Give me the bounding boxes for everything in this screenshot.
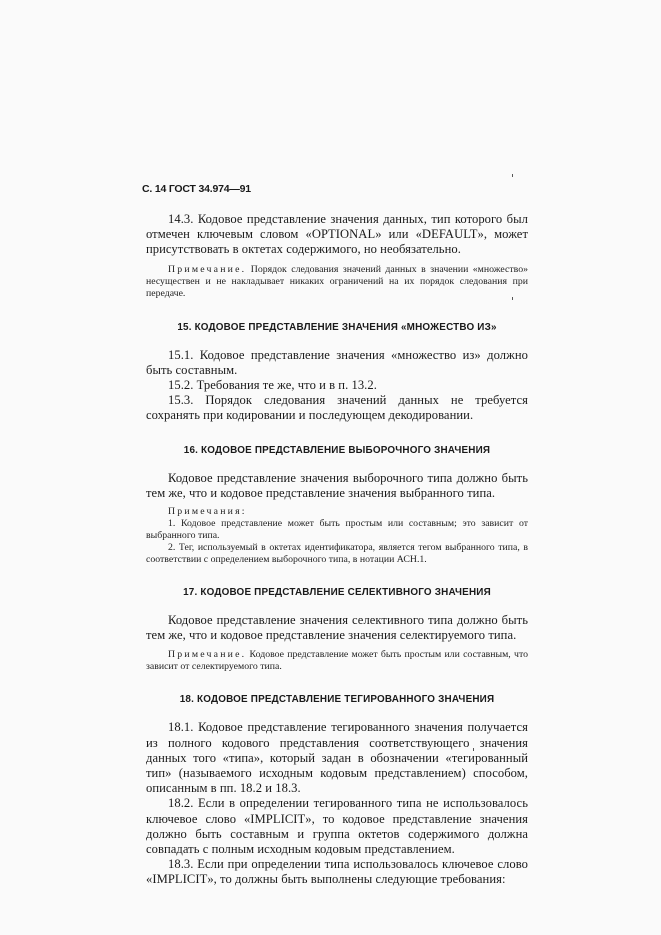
paragraph-14-3: 14.3. Кодовое представление значения дан…	[146, 212, 528, 258]
section-16: 16. КОДОВОЕ ПРЕДСТАВЛЕНИЕ ВЫБОРОЧНОГО ЗН…	[146, 445, 528, 566]
note-16-2: 2. Тег, используемый в октетах идентифик…	[146, 542, 528, 566]
page-content: С. 14 ГОСТ 34.974—91 14.3. Кодовое предс…	[146, 182, 528, 888]
notes-heading-16: Примечания:	[146, 506, 528, 518]
paragraph-18-1: 18.1. Кодовое представление тегированног…	[146, 720, 528, 796]
section-15: 15. КОДОВОЕ ПРЕДСТАВЛЕНИЕ ЗНАЧЕНИЯ «МНОЖ…	[146, 322, 528, 424]
note-label: Примечание.	[168, 264, 246, 275]
section-14: 14.3. Кодовое представление значения дан…	[146, 212, 528, 300]
running-head: С. 14 ГОСТ 34.974—91	[142, 182, 528, 196]
section-heading-15: 15. КОДОВОЕ ПРЕДСТАВЛЕНИЕ ЗНАЧЕНИЯ «МНОЖ…	[146, 322, 528, 334]
scan-speck	[512, 174, 513, 177]
paragraph-16: Кодовое представление значения выборочно…	[146, 471, 528, 501]
paragraph-15-2: 15.2. Требования те же, что и в п. 13.2.	[146, 378, 528, 393]
paragraph-17: Кодовое представление значения селективн…	[146, 613, 528, 643]
document-page: С. 14 ГОСТ 34.974—91 14.3. Кодовое предс…	[0, 0, 661, 935]
section-heading-18: 18. КОДОВОЕ ПРЕДСТАВЛЕНИЕ ТЕГИРОВАННОГО …	[146, 694, 528, 706]
paragraph-18-3: 18.3. Если при определении типа использо…	[146, 857, 528, 887]
note-label: Примечание.	[168, 649, 246, 660]
section-heading-17: 17. КОДОВОЕ ПРЕДСТАВЛЕНИЕ СЕЛЕКТИВНОГО З…	[146, 587, 528, 599]
section-heading-16: 16. КОДОВОЕ ПРЕДСТАВЛЕНИЕ ВЫБОРОЧНОГО ЗН…	[146, 445, 528, 457]
note-17: Примечание. Кодовое представление может …	[146, 649, 528, 673]
section-18: 18. КОДОВОЕ ПРЕДСТАВЛЕНИЕ ТЕГИРОВАННОГО …	[146, 694, 528, 887]
note-16-1: 1. Кодовое представление может быть прос…	[146, 518, 528, 542]
paragraph-18-2: 18.2. Если в определении тегированного т…	[146, 796, 528, 857]
note-14: Примечание. Порядок следования значений …	[146, 264, 528, 300]
paragraph-15-1: 15.1. Кодовое представление значения «мн…	[146, 348, 528, 378]
section-17: 17. КОДОВОЕ ПРЕДСТАВЛЕНИЕ СЕЛЕКТИВНОГО З…	[146, 587, 528, 673]
paragraph-15-3: 15.3. Порядок следования значений данных…	[146, 393, 528, 423]
